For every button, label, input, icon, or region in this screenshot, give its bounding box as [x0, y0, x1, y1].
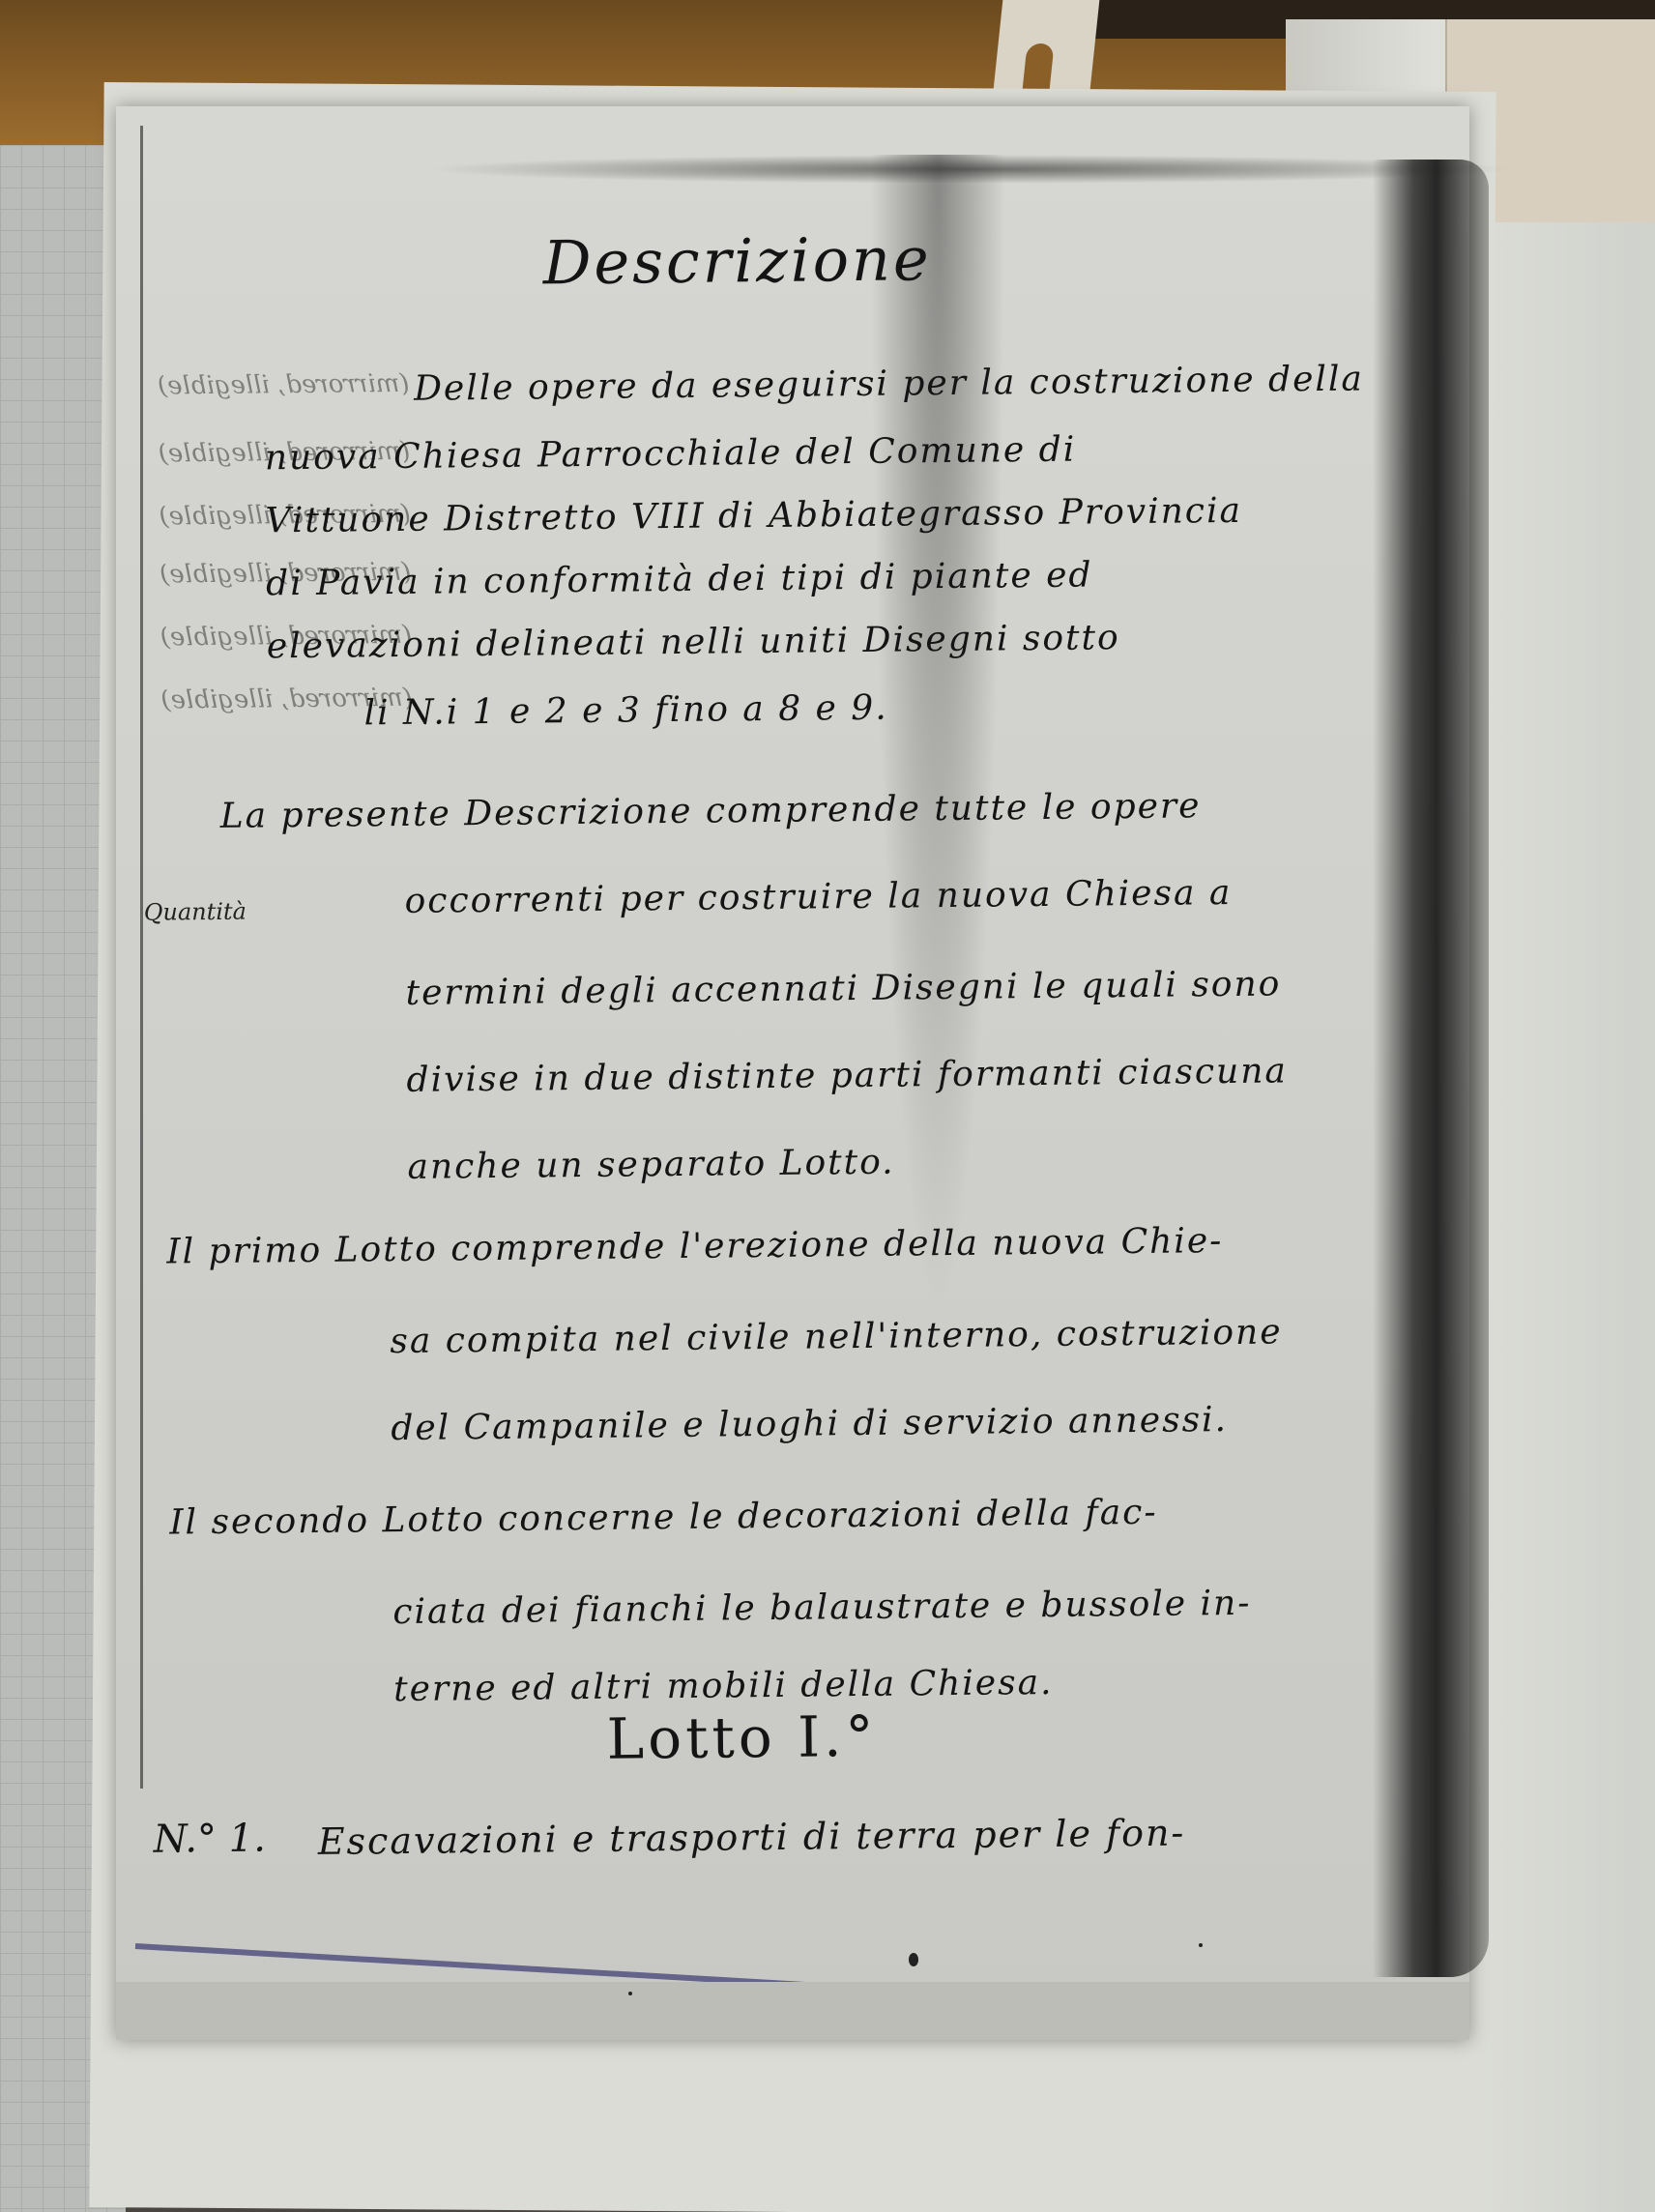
text-line: del Campanile e luoghi di servizio annes…	[391, 1400, 1228, 1448]
text-line: divise in due distinte parti formanti ci…	[406, 1051, 1288, 1100]
text-line: La presente Descrizione comprende tutte …	[219, 786, 1201, 836]
document-title: Descrizione	[542, 223, 932, 298]
text-line: ciata dei fianchi le balaustrate e busso…	[392, 1584, 1251, 1632]
item-text: Escavazioni e trasporti di terra per le …	[318, 1812, 1186, 1863]
section-heading: Lotto I.°	[606, 1703, 877, 1772]
toner-speck	[909, 1953, 918, 1966]
page-lower-margin	[116, 1982, 1469, 2040]
text-line: li N.i 1 e 2 e 3 fino a 8 e 9.	[363, 688, 888, 734]
text-line: anche un separato Lotto.	[407, 1143, 895, 1187]
text-line: elevazioni delineati nelli uniti Disegni…	[267, 618, 1120, 666]
toner-speck	[628, 1992, 632, 1995]
manuscript-text: (mirrored, illegible) (mirrored, illegib…	[116, 93, 1392, 1943]
text-line: sa compita nel civile nell'interno, cost…	[390, 1312, 1283, 1361]
text-line: Il secondo Lotto concerne le decorazioni…	[169, 1493, 1158, 1543]
text-line: Vittuone Distretto VIII di Abbiategrasso…	[265, 491, 1242, 541]
margin-annotation: Quantità	[144, 898, 247, 926]
item-number: N.° 1.	[154, 1816, 267, 1861]
book-fore-edge-shadow	[1373, 160, 1489, 1977]
text-line: occorrenti per costruire la nuova Chiesa…	[404, 873, 1232, 921]
text-line: nuova Chiesa Parrocchiale del Comune di	[265, 430, 1077, 479]
toner-speck	[1199, 1943, 1203, 1947]
text-line: Il primo Lotto comprende l'erezione dell…	[166, 1221, 1223, 1271]
text-line: termini degli accennati Disegni le quali…	[405, 964, 1281, 1012]
text-line: di Pavia in conformità dei tipi di piant…	[266, 555, 1093, 603]
text-line: Delle opere da eseguirsi per la costruzi…	[414, 359, 1364, 408]
text-line: terne ed altri mobili della Chiesa.	[393, 1663, 1054, 1709]
margin-bleed-through: (mirrored, illegible)	[158, 369, 410, 401]
